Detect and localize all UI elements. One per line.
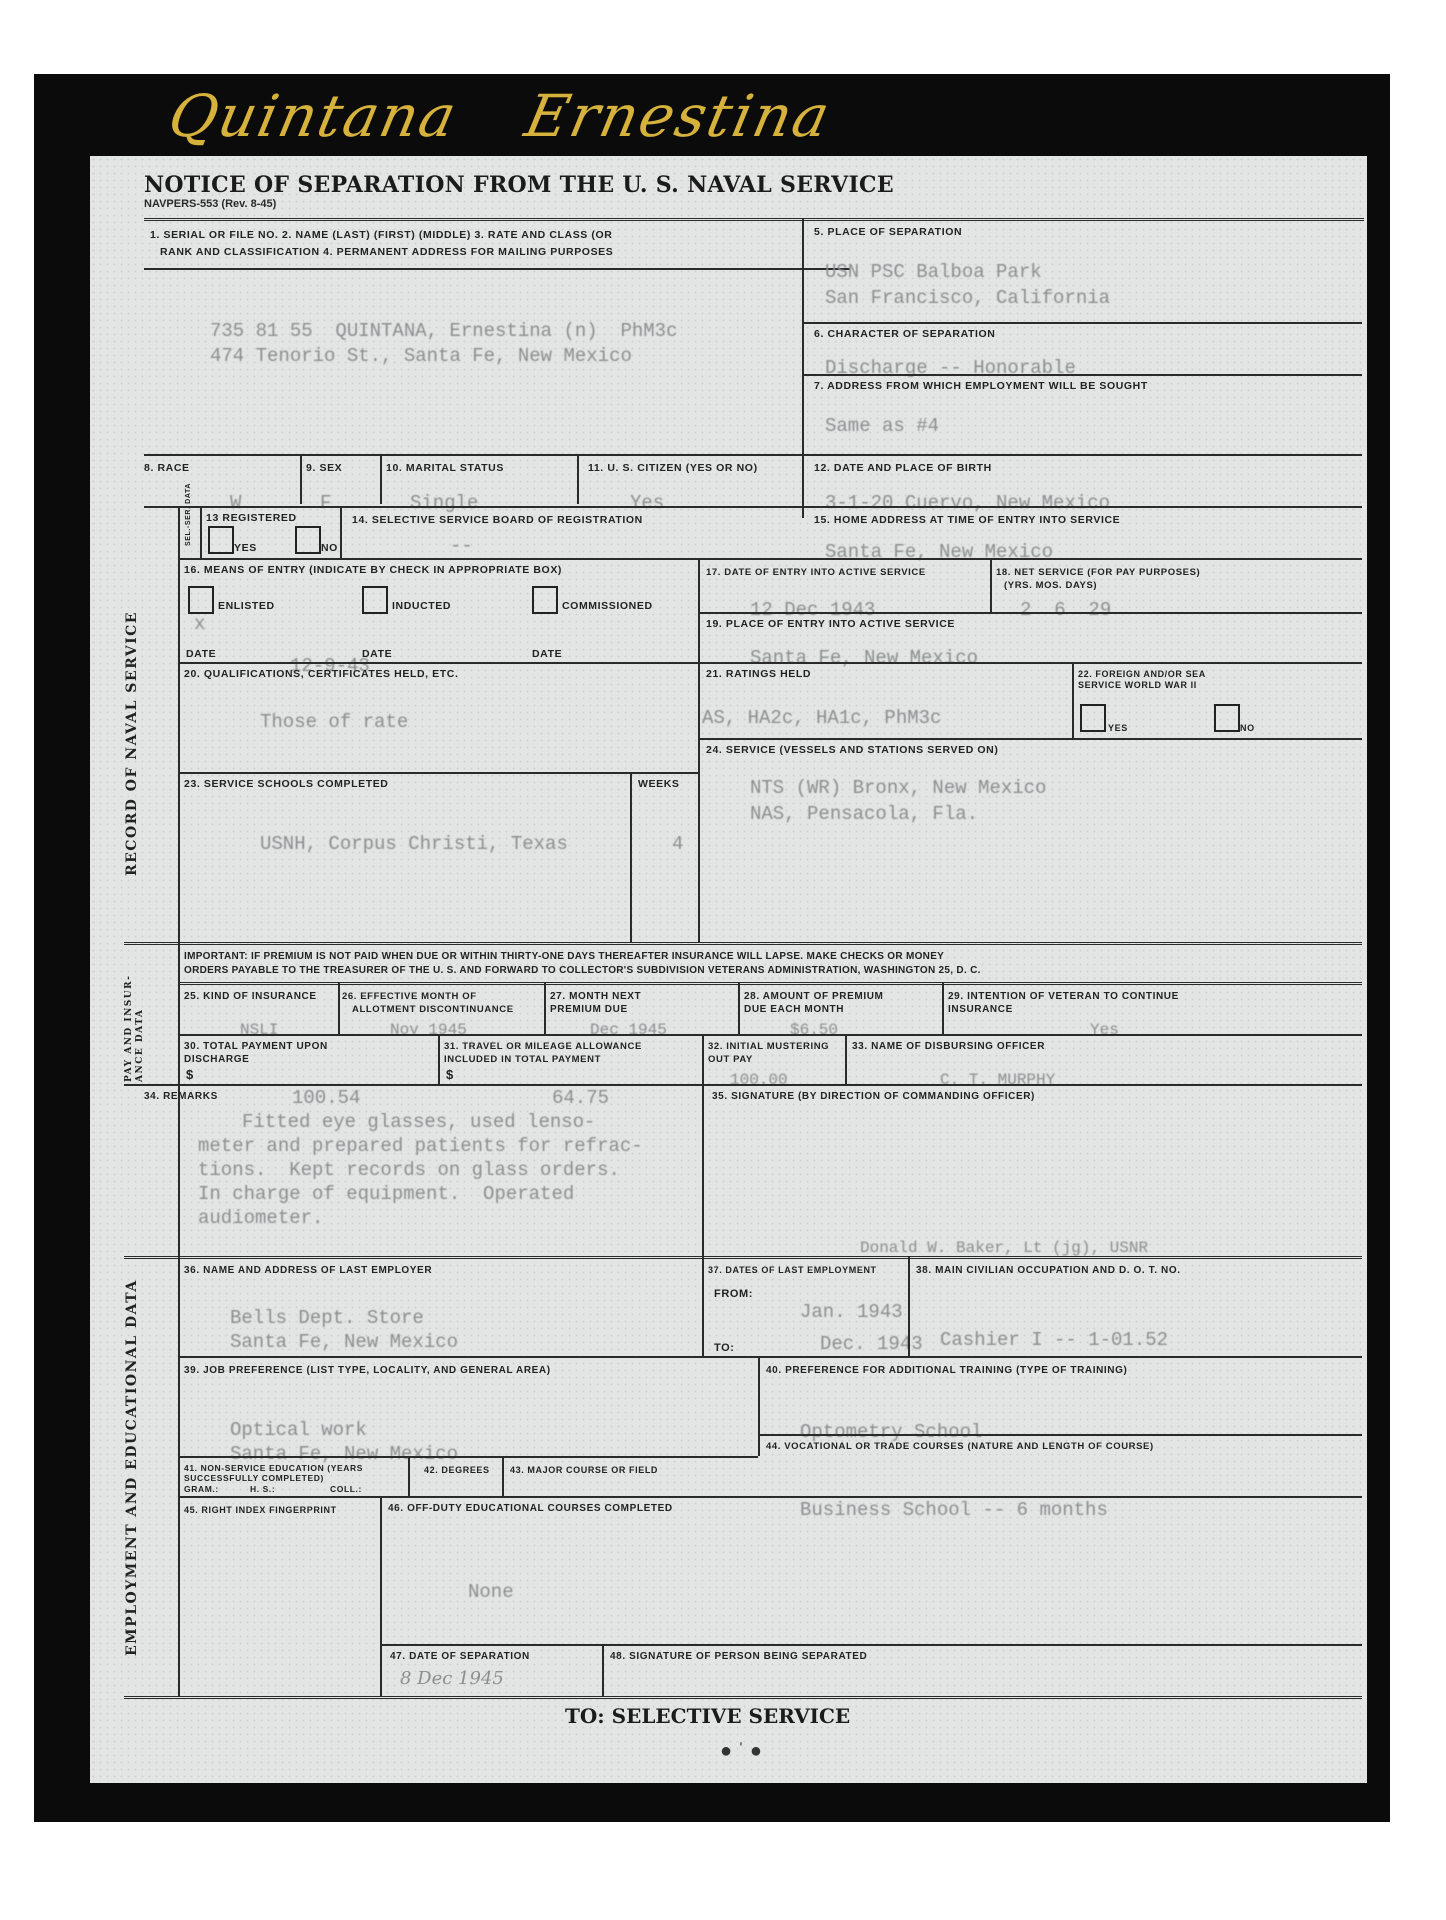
value-civilian-occupation: Cashier I -- 1-01.52	[940, 1328, 1168, 1353]
divider	[544, 982, 546, 1034]
divider	[124, 942, 1362, 945]
label-intention: 29. INTENTION OF VETERAN TO CONTINUE	[948, 990, 1179, 1003]
divider	[577, 454, 579, 504]
label-net-service: 18. NET SERVICE (FOR PAY PURPOSES)	[996, 566, 1200, 579]
label-total-payment-2: DISCHARGE	[184, 1053, 249, 1066]
value-sex: F	[320, 491, 331, 516]
divider	[408, 1456, 410, 1496]
label-marital-status: 10. MARITAL STATUS	[386, 462, 504, 475]
value-weeks: 4	[672, 832, 683, 857]
handwritten-last-name: Quintana	[163, 82, 464, 150]
divider	[630, 772, 632, 942]
divider	[144, 218, 1364, 221]
date-label-commissioned: DATE	[532, 648, 562, 661]
value-service-vessels-2: NAS, Pensacola, Fla.	[750, 802, 978, 827]
enlisted-label: ENLISTED	[218, 600, 275, 613]
label-fingerprint: 45. RIGHT INDEX FINGERPRINT	[184, 1504, 337, 1517]
divider	[702, 1256, 704, 1356]
label-last-employer: 36. NAME AND ADDRESS OF LAST EMPLOYER	[184, 1264, 432, 1277]
remarks-line-4: In charge of equipment. Operated	[198, 1182, 574, 1207]
divider	[802, 374, 1362, 376]
divider	[802, 322, 1362, 324]
currency-total-payment: $	[186, 1068, 194, 1081]
divider	[178, 1496, 1362, 1498]
divider	[698, 738, 1362, 740]
divider	[178, 1456, 758, 1458]
value-ratings-held: AS, HA2c, HA1c, PhM3c	[702, 706, 941, 731]
footer-to-selective-service: TO: SELECTIVE SERVICE	[565, 1704, 850, 1728]
divider	[144, 268, 850, 270]
value-home-address-entry: Santa Fe, New Mexico	[825, 540, 1053, 565]
label-service-vessels: 24. SERVICE (VESSELS AND STATIONS SERVED…	[706, 744, 998, 757]
side-label-record-of-naval-service: RECORD OF NAVAL SERVICE	[124, 611, 140, 876]
label-registered: 13 REGISTERED	[206, 512, 297, 525]
divider	[338, 982, 340, 1034]
divider	[908, 1256, 910, 1356]
registered-no-checkbox[interactable]	[295, 526, 321, 554]
label-place-of-entry: 19. PLACE OF ENTRY INTO ACTIVE SERVICE	[706, 618, 955, 631]
side-label-pay-insurance: PAY AND INSUR-ANCE DATA	[124, 942, 146, 1082]
divider	[438, 1034, 440, 1084]
important-notice-line2: ORDERS PAYABLE TO THE TREASURER OF THE U…	[184, 964, 981, 977]
label-amount-premium: 28. AMOUNT OF PREMIUM	[744, 990, 883, 1003]
divider	[178, 772, 698, 774]
hole-punch-mark: ● ˈ ●	[720, 1740, 762, 1763]
divider	[178, 1356, 1362, 1358]
label-from: FROM:	[714, 1288, 753, 1301]
value-net-service: 2 6 29	[1020, 598, 1111, 623]
label-qualifications: 20. QUALIFICATIONS, CERTIFICATES HELD, E…	[184, 668, 459, 681]
registered-no-label: NO	[321, 542, 338, 555]
label-travel-allowance-2: INCLUDED IN TOTAL PAYMENT	[444, 1053, 601, 1066]
divider	[178, 982, 1362, 985]
divider	[178, 558, 1362, 560]
label-dates-of-employment: 37. DATES OF LAST EMPLOYMENT	[708, 1264, 877, 1277]
label-off-duty-courses: 46. OFF-DUTY EDUCATIONAL COURSES COMPLET…	[388, 1502, 673, 1515]
label-coll: COLL.:	[330, 1483, 362, 1496]
label-signature-co: 35. SIGNATURE (BY DIRECTION OF COMMANDIN…	[712, 1090, 1035, 1103]
foreign-service-no-checkbox[interactable]	[1214, 704, 1240, 732]
value-serial-name-rate: 735 81 55 QUINTANA, Ernestina (n) PhM3c	[210, 319, 677, 344]
label-additional-training: 40. PREFERENCE FOR ADDITIONAL TRAINING (…	[766, 1364, 1127, 1377]
value-from: Jan. 1943	[800, 1300, 903, 1325]
value-vocational-courses: Business School -- 6 months	[800, 1498, 1108, 1523]
label-job-preference: 39. JOB PREFERENCE (LIST TYPE, LOCALITY,…	[184, 1364, 551, 1377]
divider	[300, 454, 302, 504]
label-kind-of-insurance: 25. KIND OF INSURANCE	[184, 990, 317, 1003]
divider	[698, 558, 700, 943]
label-major-course: 43. MAJOR COURSE OR FIELD	[510, 1464, 658, 1477]
label-to: TO:	[714, 1342, 735, 1355]
label-month-next-premium: 27. MONTH NEXT	[550, 990, 641, 1003]
label-total-payment: 30. TOTAL PAYMENT UPON	[184, 1040, 328, 1053]
divider	[702, 1034, 704, 1084]
label-gram: GRAM.:	[184, 1483, 219, 1496]
value-place-of-separation-1: USN PSC Balboa Park	[825, 260, 1042, 285]
value-character-of-separation: Discharge -- Honorable	[825, 356, 1076, 381]
label-degrees: 42. DEGREES	[424, 1464, 490, 1477]
remarks-line-5: audiometer.	[198, 1206, 323, 1231]
currency-travel-allowance: $	[446, 1068, 454, 1081]
divider	[380, 1496, 382, 1696]
divider	[178, 1034, 1362, 1036]
label-allotment-2: ALLOTMENT DISCONTINUANCE	[352, 1003, 514, 1016]
date-label-enlisted: DATE	[186, 648, 216, 661]
value-citizen: Yes	[630, 491, 664, 516]
divider	[758, 1434, 1362, 1436]
label-allotment: 26. EFFECTIVE MONTH OF	[342, 990, 477, 1003]
value-job-preference-1: Optical work	[230, 1418, 367, 1443]
divider	[124, 1696, 1362, 1699]
registered-yes-checkbox[interactable]	[208, 526, 234, 554]
divider	[144, 506, 1362, 508]
label-month-next-premium-2: PREMIUM DUE	[550, 1003, 628, 1016]
remarks-line-2: meter and prepared patients for refrac-	[198, 1134, 643, 1159]
label-foreign-service-2: SERVICE WORLD WAR II	[1078, 679, 1197, 692]
label-hs: H. S.:	[250, 1483, 275, 1496]
label-signature-separated: 48. SIGNATURE OF PERSON BEING SEPARATED	[610, 1650, 867, 1663]
label-home-address-entry: 15. HOME ADDRESS AT TIME OF ENTRY INTO S…	[814, 514, 1120, 527]
label-weeks: WEEKS	[638, 778, 680, 791]
foreign-service-yes-label: YES	[1108, 722, 1128, 735]
label-date-of-separation: 47. DATE OF SEPARATION	[390, 1650, 530, 1663]
label-vocational-courses: 44. VOCATIONAL OR TRADE COURSES (NATURE …	[766, 1440, 1154, 1453]
label-sel-ser-data: SEL.-SER. DATA	[182, 483, 195, 546]
label-employment-address: 7. ADDRESS FROM WHICH EMPLOYMENT WILL BE…	[814, 380, 1148, 393]
label-travel-allowance: 31. TRAVEL OR MILEAGE ALLOWANCE	[444, 1040, 642, 1053]
divider	[1072, 662, 1074, 738]
label-mustering-out-2: OUT PAY	[708, 1053, 753, 1066]
value-selective-service-board: --	[450, 534, 473, 559]
registered-yes-label: YES	[234, 542, 257, 555]
divider	[990, 558, 992, 612]
side-label-employment-education: EMPLOYMENT AND EDUCATIONAL DATA	[124, 1279, 140, 1656]
value-place-of-separation-2: San Francisco, California	[825, 286, 1110, 311]
label-ratings-held: 21. RATINGS HELD	[706, 668, 811, 681]
form-number: NAVPERS-553 (Rev. 8-45)	[144, 198, 276, 210]
foreign-service-yes-checkbox[interactable]	[1080, 704, 1106, 732]
divider	[702, 1084, 704, 1256]
handwritten-first-name: Ernestina	[519, 82, 837, 150]
divider	[200, 506, 202, 558]
value-marital-status: Single	[410, 491, 478, 516]
enlisted-check-mark: x	[194, 612, 205, 637]
label-sex: 9. SEX	[306, 462, 342, 475]
value-last-employer-2: Santa Fe, New Mexico	[230, 1330, 458, 1355]
divider	[758, 1356, 760, 1456]
label-mustering-out: 32. INITIAL MUSTERING	[708, 1040, 829, 1053]
value-permanent-address: 474 Tenorio St., Santa Fe, New Mexico	[210, 344, 632, 369]
value-service-vessels-1: NTS (WR) Bronx, New Mexico	[750, 776, 1046, 801]
label-amount-premium-2: DUE EACH MONTH	[744, 1003, 844, 1016]
divider	[942, 982, 944, 1034]
label-character-of-separation: 6. CHARACTER OF SEPARATION	[814, 328, 995, 341]
divider	[340, 506, 342, 558]
commissioned-checkbox[interactable]	[532, 586, 558, 614]
label-birth: 12. DATE AND PLACE OF BIRTH	[814, 462, 992, 475]
value-date-of-separation: 8 Dec 1945	[400, 1668, 504, 1689]
label-net-service-sub: (YRS. MOS. DAYS)	[1004, 579, 1097, 592]
divider	[698, 612, 1362, 614]
form-title: NOTICE OF SEPARATION FROM THE U. S. NAVA…	[144, 172, 894, 198]
divider	[845, 1034, 847, 1084]
value-last-employer-1: Bells Dept. Store	[230, 1306, 424, 1331]
divider	[380, 454, 382, 504]
value-intention: Yes	[1090, 1018, 1119, 1043]
label-1-4-line2: RANK AND CLASSIFICATION 4. PERMANENT ADD…	[160, 246, 613, 259]
divider	[124, 1256, 1362, 1259]
divider	[738, 982, 740, 1034]
divider	[602, 1644, 604, 1696]
value-birth: 3-1-20 Cuervo, New Mexico	[825, 491, 1110, 516]
label-disbursing-officer: 33. NAME OF DISBURSING OFFICER	[852, 1040, 1045, 1053]
label-remarks: 34. REMARKS	[144, 1090, 218, 1103]
remarks-line-1: Fitted eye glasses, used lenso-	[242, 1110, 595, 1135]
label-race: 8. RACE	[144, 462, 190, 475]
label-civilian-occupation: 38. MAIN CIVILIAN OCCUPATION AND D. O. T…	[916, 1264, 1181, 1277]
divider	[802, 218, 804, 518]
label-date-of-entry: 17. DATE OF ENTRY INTO ACTIVE SERVICE	[706, 566, 926, 579]
divider	[502, 1456, 504, 1496]
label-citizen: 11. U. S. CITIZEN (YES OR NO)	[588, 462, 758, 475]
remarks-line-3: tions. Kept records on glass orders.	[198, 1158, 620, 1183]
label-intention-2: INSURANCE	[948, 1003, 1013, 1016]
enlisted-checkbox[interactable]	[188, 586, 214, 614]
label-place-of-separation: 5. PLACE OF SEPARATION	[814, 226, 962, 239]
important-notice-line1: IMPORTANT: IF PREMIUM IS NOT PAID WHEN D…	[184, 950, 944, 963]
divider	[380, 1644, 1362, 1646]
divider	[144, 454, 1362, 456]
label-service-schools: 23. SERVICE SCHOOLS COMPLETED	[184, 778, 389, 791]
value-total-payment: 100.54	[292, 1086, 360, 1111]
label-1-4-line1: 1. SERIAL OR FILE NO. 2. NAME (LAST) (FI…	[150, 229, 612, 242]
commissioned-label: COMMISSIONED	[562, 600, 653, 613]
value-off-duty-courses: None	[468, 1580, 514, 1605]
value-service-schools: USNH, Corpus Christi, Texas	[260, 832, 568, 857]
label-means-of-entry: 16. MEANS OF ENTRY (INDICATE BY CHECK IN…	[184, 564, 562, 577]
inducted-label: INDUCTED	[392, 600, 451, 613]
inducted-checkbox[interactable]	[362, 586, 388, 614]
foreign-service-no-label: NO	[1240, 722, 1255, 735]
value-travel-allowance: 64.75	[552, 1086, 609, 1111]
divider	[178, 662, 1362, 664]
separation-notice-form: NOTICE OF SEPARATION FROM THE U. S. NAVA…	[90, 156, 1367, 1783]
value-qualifications: Those of rate	[260, 710, 408, 735]
value-employment-address: Same as #4	[825, 414, 939, 439]
label-selective-service-board: 14. SELECTIVE SERVICE BOARD OF REGISTRAT…	[352, 514, 643, 527]
handwritten-name: QuintanaErnestina	[163, 82, 907, 150]
